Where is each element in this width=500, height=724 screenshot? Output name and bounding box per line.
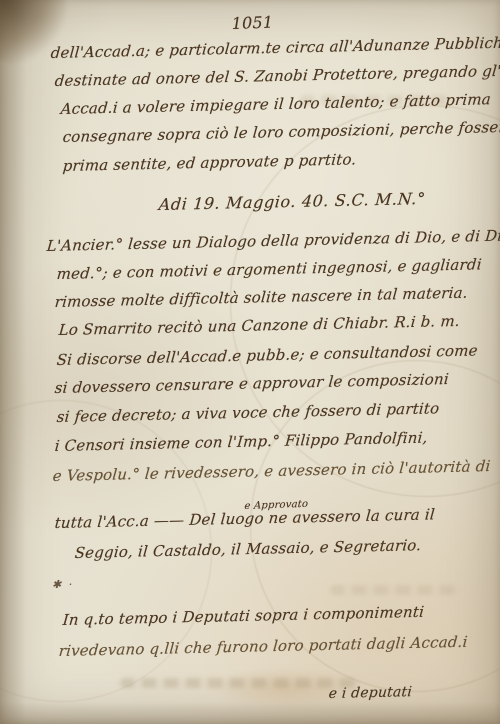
ghost-showthrough-text (330, 585, 460, 595)
text-line: destinate ad onore del S. Zanobi Protett… (54, 62, 500, 90)
text-line: dell'Accad.a; e particolarm.te circa all… (50, 33, 500, 62)
page-number: 1051 (231, 13, 273, 33)
ghost-showthrough-text (120, 678, 360, 688)
catchword: e i deputati (328, 684, 413, 702)
asterisk-mark: ✱ · (52, 578, 74, 591)
manuscript-page: 1051 dell'Accad.a; e particolarm.te circ… (0, 0, 500, 724)
